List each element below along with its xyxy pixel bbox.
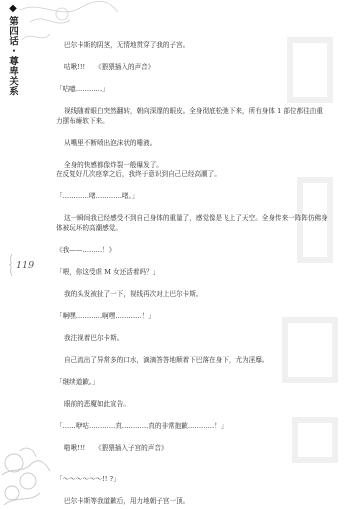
paragraph: 咕啾!!! 《猥猥插入的声音》 — [56, 63, 328, 73]
paragraph: 我注视着巴尔卡斯。 — [56, 334, 328, 344]
chapter-header: ◆ 第四话・尊卑关系 — [6, 4, 20, 96]
paragraph: 巴尔卡斯的阴茎，无情地贯穿了我的子宫。 — [56, 41, 328, 51]
chapter-title: 第四话・尊卑关系 — [6, 16, 18, 96]
paragraph: 这一瞬间我已经感受不到自己身体的重量了，感觉像是飞上了天空。全身传来一阵阵仿佛身… — [56, 214, 328, 233]
dialogue-line: 「……咿咕…………真…………真的非常抱歉…………！」 — [56, 422, 328, 432]
page-body: 巴尔卡斯的阴茎，无情地贯穿了我的子宫。 咕啾!!! 《猥猥插入的声音》 「咕噫…… — [56, 41, 328, 507]
corner-flourish-bottom-left-icon — [0, 445, 60, 509]
paragraph: 全身的快感都像炸裂一般爆发了。 在反复好几次痉挛之后，我终于意识到自己已经高潮了… — [56, 161, 328, 180]
page-number-flourish-icon — [6, 254, 14, 276]
dialogue-line: 「…………啫…………啫。」 — [56, 192, 328, 202]
paragraph: 巴尔卡斯等我道歉后，用力地朝子宫一顶。 — [56, 497, 328, 507]
dialogue-line: 「啊嘿…………啊嘿…………！」 — [56, 312, 328, 322]
paragraph: 我的头发被扯了一下，视线再次对上巴尔卡斯。 — [56, 290, 328, 300]
diamond-marker-icon: ◆ — [6, 4, 20, 14]
inner-voice-line: 《我——………！》 — [56, 246, 328, 256]
paragraph: 视线随着眼白突然翻转，朝向深邃的眼皮。全身彻底松弛下来，所有身体 1 部位都往由… — [56, 107, 328, 126]
paragraph: 眼前的恶魔如此宣告。 — [56, 400, 328, 410]
page-number-block: 119 — [6, 254, 34, 276]
paragraph: 从嘴里不断喷出泡沫状的唾液。 — [56, 139, 328, 149]
page-number: 119 — [16, 260, 34, 271]
paragraph: 啪啾!!! 《猥猥插入子宫的声音》 — [56, 444, 328, 454]
dialogue-line: 「～～～～～～!! ?」 — [56, 475, 328, 485]
dialogue-line: 「喂，你这受虐 M 女还活着吗？」 — [56, 268, 328, 278]
dialogue-line: 「继续道歉。」 — [56, 378, 328, 388]
paragraph: 自己流出了异常多的口水，滴滴答答地顺着下巴落在身下，尤为淫靡。 — [56, 356, 328, 366]
dialogue-line: 「咕噫…………」 — [56, 85, 328, 95]
